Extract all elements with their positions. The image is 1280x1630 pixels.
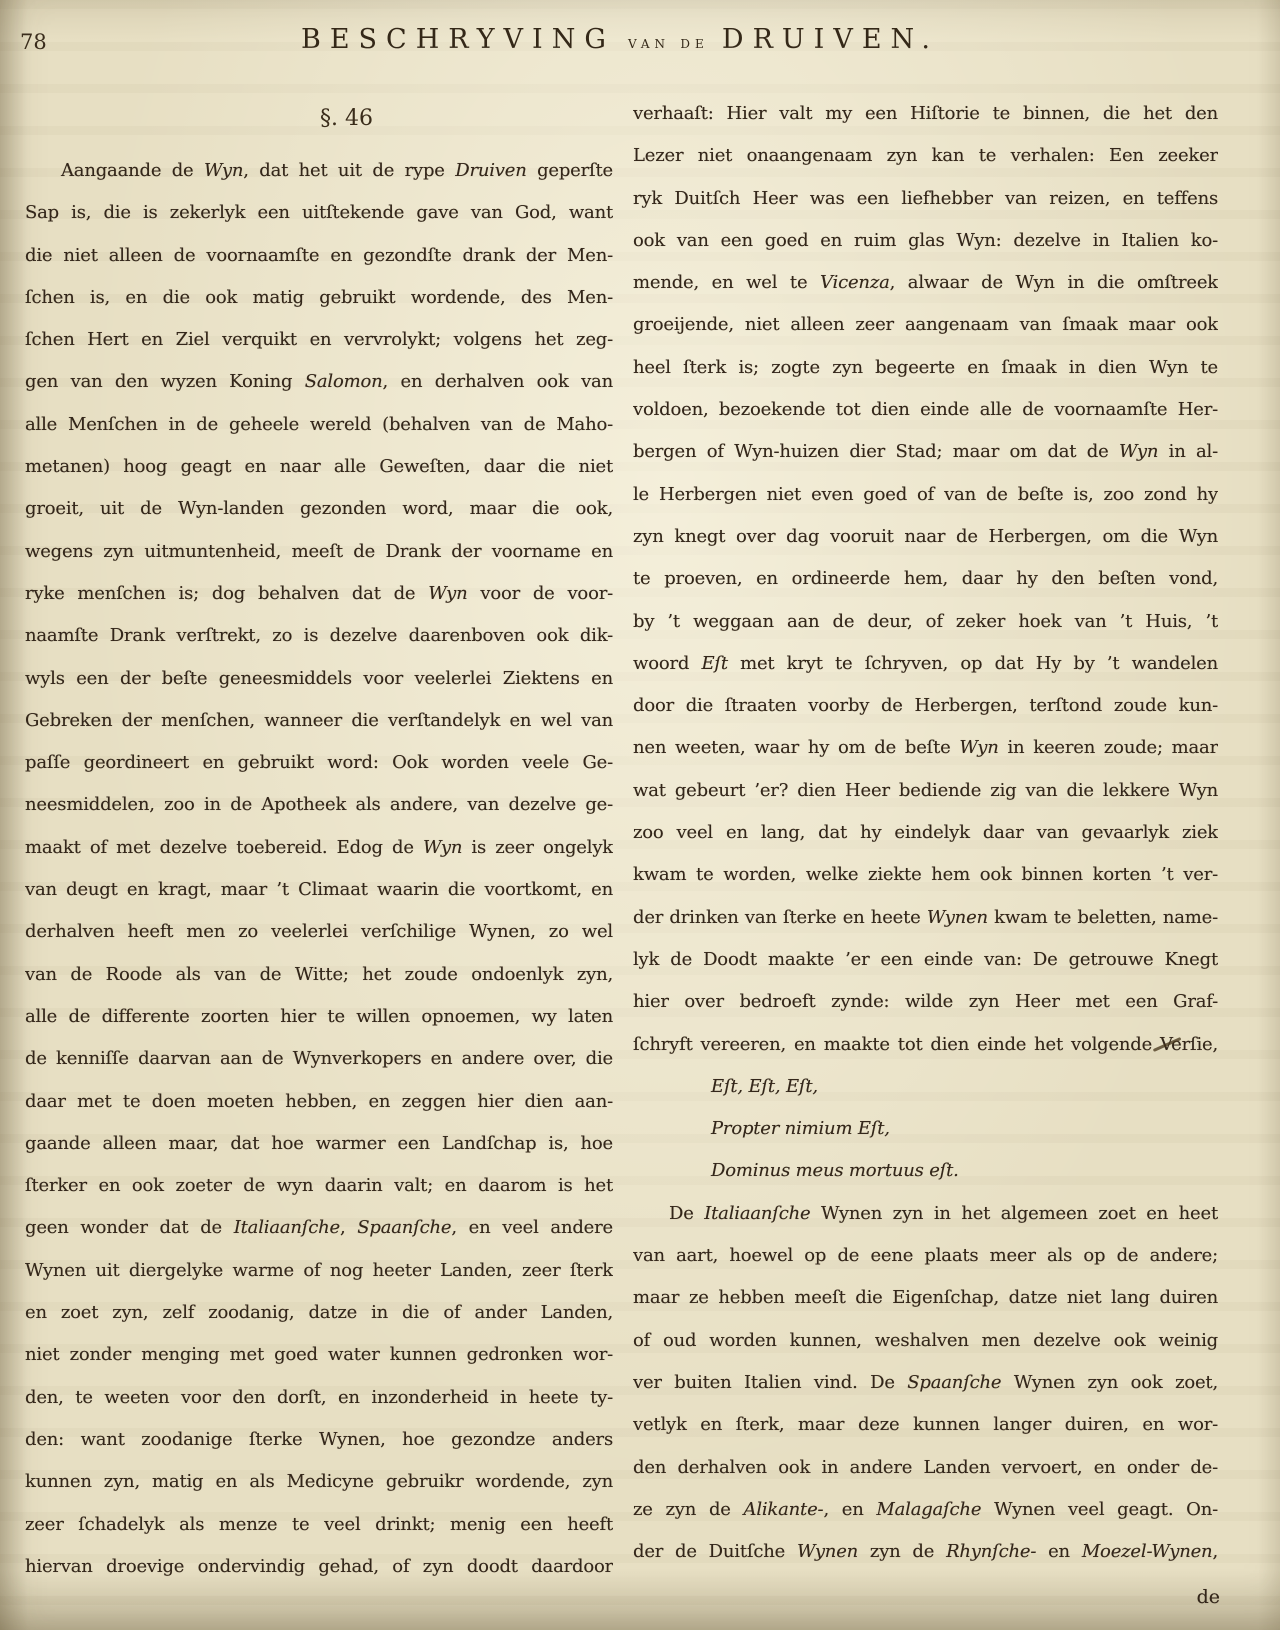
running-header: BESCHRYVING van de DRUIVEN. [0, 24, 1240, 55]
text-line: geen wonder dat de Italiaanſche, Spaanſc… [25, 1207, 613, 1249]
italic-text-segment: Moezel-Wynen [1082, 1541, 1213, 1562]
text-line: te proeven, en ordineerde hem, daar hy d… [633, 558, 1218, 600]
text-segment: , dat het uit de rype [243, 160, 455, 181]
text-line: ze zyn de Alikante-, en Malagaſche Wynen… [633, 1489, 1218, 1531]
text-segment: maar ze hebben meeſt die Eigenſchap, dat… [633, 1287, 1218, 1308]
header-title-part1: BESCHRYVING [301, 24, 615, 55]
text-line: wat gebeurt ’er? dien Heer bediende zig … [633, 770, 1218, 812]
text-line: ver buiten Italien vind. De Spaanſche Wy… [633, 1362, 1218, 1404]
text-line: zeer ſchadelyk als menze te veel drinkt;… [25, 1504, 613, 1546]
text-segment: gen van den wyzen Koning [25, 371, 305, 392]
italic-text-segment: Wyn [428, 583, 467, 604]
text-segment: in al- [1158, 441, 1218, 462]
text-segment: ſchryft vereeren, en maakte tot dien ein… [633, 1034, 1218, 1055]
text-segment: en [1036, 1541, 1082, 1562]
text-segment: Wynen veel geagt. On- [981, 1499, 1218, 1520]
text-line: Sap is, die is zekerlyk een uitſtekende … [25, 192, 613, 234]
left-column-lines: Aangaande de Wyn, dat het uit de rype Dr… [25, 150, 613, 1588]
text-segment: neesmiddelen, zoo in de Apotheek als and… [25, 794, 613, 815]
text-segment: en zoet zyn, zelf zoodanig, datze in die… [25, 1302, 613, 1323]
text-line: nen weeten, waar hy om de beſte Wyn in k… [633, 727, 1218, 769]
text-line: groeijende, niet alleen zeer aangenaam v… [633, 304, 1218, 346]
text-line: daar met te doen moeten hebben, en zegge… [25, 1081, 613, 1123]
text-line: Lezer niet onaangenaam zyn kan te verhal… [633, 135, 1218, 177]
text-segment: door die ſtraaten voorby de Herbergen, t… [633, 695, 1218, 716]
text-segment: in keeren zoude; maar [999, 737, 1218, 758]
italic-text-segment: Salomon [305, 371, 383, 392]
text-segment: paſſe geordineert en gebruikt word: Ook … [25, 752, 613, 773]
text-segment: heel ſterk is; zogte zyn begeerte en ſma… [633, 357, 1218, 378]
text-line: ſchen Hert en Ziel verquikt en vervrolyk… [25, 319, 613, 361]
text-line: Dominus meus mortuus eſt. [633, 1150, 1218, 1192]
text-segment: bergen of Wyn-huizen dier Stad; maar om … [633, 441, 1119, 462]
text-segment: geperſte [527, 160, 613, 181]
text-segment: alle Menſchen in de geheele wereld (beha… [25, 414, 613, 435]
text-line: alle de differente zoorten hier te wille… [25, 996, 613, 1038]
text-segment: Eſt, Eſt, Eſt, [711, 1076, 818, 1097]
text-line: ſchen is, en die ook matig gebruikt word… [25, 277, 613, 319]
latin-verse: Eſt, Eſt, Eſt,Propter nimium Eſt,Dominus… [633, 1066, 1218, 1193]
italic-text-segment: Rhynſche- [946, 1541, 1036, 1562]
italic-text-segment: Italiaanſche [234, 1217, 340, 1238]
text-line: zyn knegt over dag vooruit naar de Herbe… [633, 516, 1218, 558]
text-line: maar ze hebben meeſt die Eigenſchap, dat… [633, 1277, 1218, 1319]
text-line: en zoet zyn, zelf zoodanig, datze in die… [25, 1292, 613, 1334]
text-line: ryk Duitſch Heer was een liefhebber van … [633, 178, 1218, 220]
text-segment: derhalven heeft men zo veelerlei verſchi… [25, 921, 613, 942]
text-segment: voor de voor- [468, 583, 614, 604]
text-line: van deugt en kragt, maar ’t Climaat waar… [25, 869, 613, 911]
text-segment: ze zyn de [633, 1499, 744, 1520]
text-line: groeit, uit de Wyn-landen gezonden word,… [25, 488, 613, 530]
header-title-part3: DRUIVEN. [722, 24, 939, 55]
right-column-lines-after-verse: De Italiaanſche Wynen zyn in het algemee… [633, 1193, 1218, 1574]
text-segment: van deugt en kragt, maar ’t Climaat waar… [25, 879, 613, 900]
text-segment: die niet alleen de voornaamſte en gezond… [25, 245, 613, 266]
text-segment: De [669, 1203, 704, 1224]
text-segment: metanen) hoog geagt en naar alle Geweſte… [25, 456, 613, 477]
italic-text-segment: Spaanſche [357, 1217, 451, 1238]
text-segment: le Herbergen niet even goed of van de be… [633, 484, 1218, 505]
text-line: De Italiaanſche Wynen zyn in het algemee… [633, 1193, 1218, 1235]
text-segment: daar met te doen moeten hebben, en zegge… [25, 1091, 613, 1112]
text-segment: Aangaande de [61, 160, 204, 181]
text-line: kwam te worden, welke ziekte hem ook bin… [633, 854, 1218, 896]
text-segment: verhaaſt: Hier valt my een Hiſtorie te b… [633, 103, 1218, 124]
text-segment: Dominus meus mortuus eſt. [711, 1160, 959, 1181]
text-segment: Propter nimium Eſt, [711, 1118, 890, 1139]
text-line: naamſte Drank verſtrekt, zo is dezelve d… [25, 615, 613, 657]
text-segment: niet zonder menging met goed water kunne… [25, 1344, 613, 1365]
text-line: Gebreken der menſchen, wanneer die verſt… [25, 700, 613, 742]
text-line: den: want zoodanige ſterke Wynen, hoe ge… [25, 1419, 613, 1461]
text-segment: wyls een der beſte geneesmiddels voor ve… [25, 668, 613, 689]
text-segment: kunnen zyn, matig en als Medicyne gebrui… [25, 1471, 613, 1492]
text-segment: van de Roode als van de Witte; het zoude… [25, 964, 613, 985]
italic-text-segment: Wynen [797, 1541, 858, 1562]
right-text-column: verhaaſt: Hier valt my een Hiſtorie te b… [633, 93, 1218, 1573]
text-segment: , en [823, 1499, 876, 1520]
text-line: by ’t weggaan aan de deur, of zeker hoek… [633, 601, 1218, 643]
text-segment: Sap is, die is zekerlyk een uitſtekende … [25, 202, 613, 223]
text-line: verhaaſt: Hier valt my een Hiſtorie te b… [633, 93, 1218, 135]
text-segment: der de Duitſche [633, 1541, 797, 1562]
text-segment: geen wonder dat de [25, 1217, 234, 1238]
text-segment: alle de differente zoorten hier te wille… [25, 1006, 613, 1027]
text-line: paſſe geordineert en gebruikt word: Ook … [25, 742, 613, 784]
italic-text-segment: Wynen [927, 907, 988, 928]
italic-text-segment: Spaanſche [907, 1372, 1001, 1393]
text-line: niet zonder menging met goed water kunne… [25, 1334, 613, 1376]
text-line: ook van een goed en ruim glas Wyn: dezel… [633, 220, 1218, 262]
text-line: heel ſterk is; zogte zyn begeerte en ſma… [633, 347, 1218, 389]
text-segment: wat gebeurt ’er? dien Heer bediende zig … [633, 780, 1218, 801]
italic-text-segment: Vicenza [820, 272, 890, 293]
text-line: ryke menſchen is; dog behalven dat de Wy… [25, 573, 613, 615]
text-segment: wegens zyn uitmuntenheid, meeſt de Drank… [25, 541, 613, 562]
text-line: hiervan droevige ondervindig gehad, of z… [25, 1546, 613, 1588]
text-segment: kwam te worden, welke ziekte hem ook bin… [633, 864, 1218, 885]
text-segment: de kenniſſe daarvan aan de Wynverkopers … [25, 1048, 613, 1069]
text-line: Aangaande de Wyn, dat het uit de rype Dr… [25, 150, 613, 192]
italic-text-segment: Malagaſche [876, 1499, 981, 1520]
italic-text-segment: Alikante- [744, 1499, 824, 1520]
text-line: Eſt, Eſt, Eſt, [633, 1066, 1218, 1108]
text-segment: ſchen is, en die ook matig gebruikt word… [25, 287, 613, 308]
text-line: den derhalven ook in andere Landen vervo… [633, 1447, 1218, 1489]
text-line: alle Menſchen in de geheele wereld (beha… [25, 404, 613, 446]
text-line: van aart, hoewel op de eene plaats meer … [633, 1235, 1218, 1277]
italic-text-segment: Wyn [423, 837, 462, 858]
catchword: de [1130, 1576, 1220, 1618]
italic-text-segment: Italiaanſche [704, 1203, 810, 1224]
text-segment: zoo veel en lang, dat hy eindelyk daar v… [633, 822, 1218, 843]
text-segment: groeijende, niet alleen zeer aangenaam v… [633, 314, 1218, 335]
text-line: vetlyk en ſterk, maar deze kunnen langer… [633, 1404, 1218, 1446]
text-segment: voldoen, bezoekende tot dien einde alle … [633, 399, 1218, 420]
text-line: bergen of Wyn-huizen dier Stad; maar om … [633, 431, 1218, 473]
section-heading: §. 46 [25, 98, 613, 140]
text-segment: den, te weeten voor den dorſt, en inzond… [25, 1387, 613, 1408]
text-line: ſchryft vereeren, en maakte tot dien ein… [633, 1024, 1218, 1066]
text-segment: gaande alleen maar, dat hoe warmer een L… [25, 1133, 613, 1154]
text-segment: ook van een goed en ruim glas Wyn: dezel… [633, 230, 1218, 251]
text-segment: zyn knegt over dag vooruit naar de Herbe… [633, 526, 1218, 547]
text-line: voldoen, bezoekende tot dien einde alle … [633, 389, 1218, 431]
text-segment: Wynen zyn ook zoet, [1001, 1372, 1218, 1393]
text-line: der de Duitſche Wynen zyn de Rhynſche- e… [633, 1531, 1218, 1573]
text-line: gen van den wyzen Koning Salomon, en der… [25, 361, 613, 403]
text-segment: lyk de Doodt maakte ’er een einde van: D… [633, 949, 1218, 970]
text-line: maakt of met dezelve toebereid. Edog de … [25, 827, 613, 869]
text-segment: of oud worden kunnen, weshalven men deze… [633, 1330, 1218, 1351]
text-segment: , [340, 1217, 357, 1238]
text-line: derhalven heeft men zo veelerlei verſchi… [25, 911, 613, 953]
italic-text-segment: Wyn [1119, 441, 1158, 462]
text-line: die niet alleen de voornaamſte en gezond… [25, 235, 613, 277]
text-segment: den: want zoodanige ſterke Wynen, hoe ge… [25, 1429, 613, 1450]
text-segment: hier over bedroeft zynde: wilde zyn Heer… [633, 991, 1218, 1012]
text-line: den, te weeten voor den dorſt, en inzond… [25, 1377, 613, 1419]
text-line: ſterker en ook zoeter de wyn daarin valt… [25, 1165, 613, 1207]
text-segment: maakt of met dezelve toebereid. Edog de [25, 837, 423, 858]
text-segment: ver buiten Italien vind. De [633, 1372, 907, 1393]
text-segment: met kryt te ſchryven, op dat Hy by ’t wa… [728, 653, 1218, 674]
text-segment: woord [633, 653, 701, 674]
text-segment: Wynen zyn in het algemeen zoet en heet [810, 1203, 1218, 1224]
text-segment: nen weeten, waar hy om de beſte [633, 737, 959, 758]
text-segment: groeit, uit de Wyn-landen gezonden word,… [25, 498, 613, 519]
text-line: van de Roode als van de Witte; het zoude… [25, 954, 613, 996]
text-segment: den derhalven ook in andere Landen vervo… [633, 1457, 1218, 1478]
text-line: Wynen uit diergelyke warme of nog heeter… [25, 1250, 613, 1292]
text-line: neesmiddelen, zoo in de Apotheek als and… [25, 784, 613, 826]
text-segment: te proeven, en ordineerde hem, daar hy d… [633, 568, 1218, 589]
text-segment: by ’t weggaan aan de deur, of zeker hoek… [633, 611, 1218, 632]
text-segment: ryk Duitſch Heer was een liefhebber van … [633, 188, 1218, 209]
header-title-part2: van de [620, 33, 717, 53]
text-line: of oud worden kunnen, weshalven men deze… [633, 1320, 1218, 1362]
text-segment: ryke menſchen is; dog behalven dat de [25, 583, 428, 604]
text-segment: Gebreken der menſchen, wanneer die verſt… [25, 710, 613, 731]
text-line: wegens zyn uitmuntenheid, meeſt de Drank… [25, 531, 613, 573]
text-segment: zeer ſchadelyk als menze te veel drinkt;… [25, 1514, 613, 1535]
italic-text-segment: Druiven [455, 160, 526, 181]
text-line: woord Eſt met kryt te ſchryven, op dat H… [633, 643, 1218, 685]
text-line: Propter nimium Eſt, [633, 1108, 1218, 1150]
text-segment: mende, en wel te [633, 272, 820, 293]
text-line: lyk de Doodt maakte ’er een einde van: D… [633, 939, 1218, 981]
right-column-lines-before-verse: verhaaſt: Hier valt my een Hiſtorie te b… [633, 93, 1218, 1066]
book-page: 78 BESCHRYVING van de DRUIVEN. §. 46 Aan… [0, 0, 1280, 1630]
text-segment: vetlyk en ſterk, maar deze kunnen langer… [633, 1414, 1218, 1435]
text-segment: zyn de [858, 1541, 946, 1562]
text-segment: Lezer niet onaangenaam zyn kan te verhal… [633, 145, 1218, 166]
text-segment: ſterker en ook zoeter de wyn daarin valt… [25, 1175, 613, 1196]
text-segment: naamſte Drank verſtrekt, zo is dezelve d… [25, 625, 613, 646]
text-line: le Herbergen niet even goed of van de be… [633, 474, 1218, 516]
text-segment: , en derhalven ook van [383, 371, 613, 392]
text-segment: Wynen uit diergelyke warme of nog heeter… [25, 1260, 613, 1281]
text-line: mende, en wel te Vicenza, alwaar de Wyn … [633, 262, 1218, 304]
text-segment: van aart, hoewel op de eene plaats meer … [633, 1245, 1218, 1266]
text-segment: is zeer ongelyk [462, 837, 613, 858]
text-segment: ſchen Hert en Ziel verquikt en vervrolyk… [25, 329, 613, 350]
text-line: door die ſtraaten voorby de Herbergen, t… [633, 685, 1218, 727]
text-line: hier over bedroeft zynde: wilde zyn Heer… [633, 981, 1218, 1023]
italic-text-segment: Eſt [701, 653, 727, 674]
text-segment: hiervan droevige ondervindig gehad, of z… [25, 1556, 613, 1577]
text-line: metanen) hoog geagt en naar alle Geweſte… [25, 446, 613, 488]
text-segment: der drinken van ſterke en heete [633, 907, 927, 928]
left-text-column: §. 46 Aangaande de Wyn, dat het uit de r… [25, 98, 613, 1588]
text-line: der drinken van ſterke en heete Wynen kw… [633, 897, 1218, 939]
text-segment: , alwaar de Wyn in die omſtreek [890, 272, 1218, 293]
text-segment: , [1212, 1541, 1218, 1562]
text-line: zoo veel en lang, dat hy eindelyk daar v… [633, 812, 1218, 854]
text-line: gaande alleen maar, dat hoe warmer een L… [25, 1123, 613, 1165]
text-segment: kwam te beletten, name- [988, 907, 1218, 928]
text-line: wyls een der beſte geneesmiddels voor ve… [25, 658, 613, 700]
text-line: de kenniſſe daarvan aan de Wynverkopers … [25, 1038, 613, 1080]
text-segment: , en veel andere [451, 1217, 613, 1238]
text-line: kunnen zyn, matig en als Medicyne gebrui… [25, 1461, 613, 1503]
italic-text-segment: Wyn [204, 160, 243, 181]
italic-text-segment: Wyn [959, 737, 998, 758]
